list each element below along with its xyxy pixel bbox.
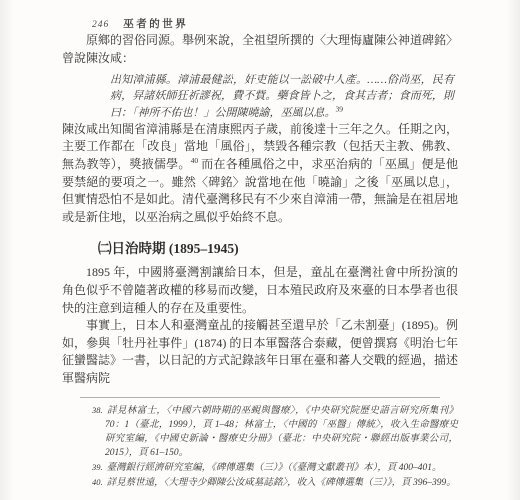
page-number: 246 xyxy=(92,20,109,30)
footnote-ref-39: 39 xyxy=(336,104,344,113)
book-page: 246巫者的世界 原鄉的習俗同源。舉例來說，全祖望所撰的〈大理悔廬陳公神道碑銘〉… xyxy=(0,0,520,500)
footnote-39-number: 39. xyxy=(92,462,103,472)
running-header: 246巫者的世界 xyxy=(92,18,458,32)
paragraph-1895-cession: 1895 年，中國將臺灣割讓給日本，但是，童乩在臺灣社會中所扮演的角色似乎不曾隨… xyxy=(62,264,458,317)
footnote-40-number: 40. xyxy=(92,477,103,487)
block-quote: 出知漳浦縣。漳浦最健訟，奸吏能以一訟破中人產。……俗尚巫，民有病，舁諸妖師狂祈謬… xyxy=(110,72,454,121)
footnote-38-number: 38. xyxy=(92,405,103,415)
footnote-39-text: 臺灣銀行經濟研究室編，《碑傳選集（三）》（《臺灣文獻叢刊》本），頁 400–40… xyxy=(107,463,442,473)
footnote-39: 39.臺灣銀行經濟研究室編，《碑傳選集（三）》（《臺灣文獻叢刊》本），頁 400… xyxy=(92,460,458,475)
footnote-40: 40.詳見蔡世遠，〈大理寺少卿陳公汝咸墓誌銘〉，收入《碑傳選集（三）》，頁 39… xyxy=(92,475,458,490)
block-quote-text: 出知漳浦縣。漳浦最健訟，奸吏能以一訟破中人產。……俗尚巫，民有病，舁諸妖師狂祈謬… xyxy=(110,74,454,118)
section-heading-japanese-period: ㈡日治時期 (1895–1945) xyxy=(98,237,458,257)
paragraph-chen-ruxian: 陳汝咸出知閩省漳浦縣是在清康熙丙子歲，前後達十三年之久。任期之內，主要工作都在「… xyxy=(62,121,458,227)
footnote-38: 38.詳見林富士，〈中國六朝時期的巫覡與醫療〉，《中央研究院歷史語言研究所集刊》… xyxy=(92,403,458,460)
book-title: 巫者的世界 xyxy=(123,19,188,30)
footnote-38-text: 詳見林富士，〈中國六朝時期的巫覡與醫療〉，《中央研究院歷史語言研究所集刊》70：… xyxy=(105,406,458,458)
footnote-area: 38.詳見林富士，〈中國六朝時期的巫覡與醫療〉，《中央研究院歷史語言研究所集刊》… xyxy=(62,397,458,490)
footnote-separator-rule xyxy=(80,397,440,398)
footnote-40-text: 詳見蔡世遠，〈大理寺少卿陳公汝咸墓誌銘〉，收入《碑傳選集（三）》，頁 396–3… xyxy=(107,478,456,488)
paragraph-mudan-incident: 事實上，日本人和臺灣童乩的接觸甚至還早於「乙未割臺」(1895)。例如，參與「牡… xyxy=(62,317,458,387)
paragraph-intro: 原鄉的習俗同源。舉例來說，全祖望所撰的〈大理悔廬陳公神道碑銘〉曾說陳汝咸： xyxy=(62,32,458,67)
body-text: 原鄉的習俗同源。舉例來說，全祖望所撰的〈大理悔廬陳公神道碑銘〉曾說陳汝咸： 出知… xyxy=(62,32,458,388)
footnote-ref-40: 40 xyxy=(191,156,199,165)
